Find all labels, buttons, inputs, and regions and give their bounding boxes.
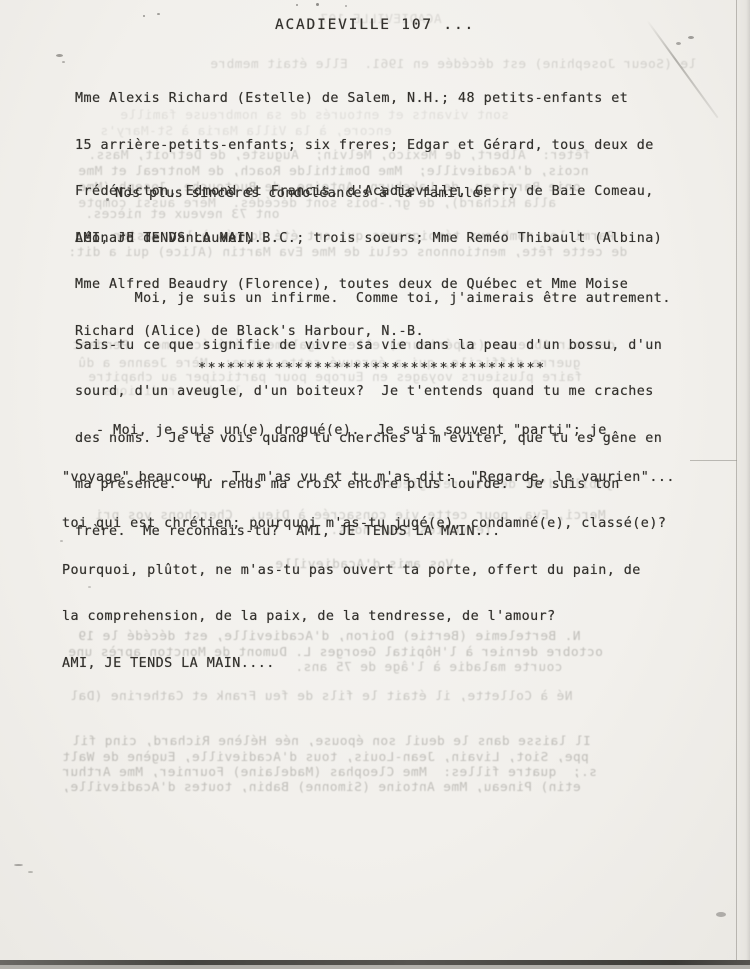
ink-speck xyxy=(56,54,63,57)
text-line: AMI, JE TENDS LA MAIN.... xyxy=(62,656,675,672)
scanner-strip-right xyxy=(737,0,750,969)
bleedthrough-text: Il laisse dans le deuil son épouse, née … xyxy=(72,734,591,749)
paragraph-drogue: - Moi, je suis un(e) drogué(e). Je suis … xyxy=(62,392,675,702)
bleedthrough-text: ppe, Siot, Livain, Jean-Louis, tous d'Ac… xyxy=(62,750,589,765)
text-line: toi qui est chrétien; pourquoi m'as-tu j… xyxy=(62,516,675,532)
condolence-line: Nos plus sincères condoléances à la fami… xyxy=(115,186,490,202)
ink-speck xyxy=(28,871,33,873)
section-heading-ami: AMI, JE TENDS LA MAIN... xyxy=(75,231,279,247)
text-line: "voyage" beaucoup. Tu m'as vu et tu m'as… xyxy=(62,470,675,486)
ink-speck xyxy=(688,36,694,39)
scanned-page: ACADIEVILLE 107le (Soeur Josephine) est … xyxy=(0,0,750,969)
bleedthrough-text: s.; quatre filles: Mme Cleophas (Madelai… xyxy=(62,765,597,780)
ink-speck xyxy=(143,15,145,17)
text-line: 15 arrière-petits-enfants; six freres; E… xyxy=(75,138,662,154)
ink-speck xyxy=(106,198,109,201)
text-line: Sais-tu ce que signifie de vivre sa vie … xyxy=(75,338,671,354)
ink-speck xyxy=(316,3,319,6)
ink-speck xyxy=(60,540,63,542)
text-line: Pourquoi, plûtot, ne m'as-tu pas ouvert … xyxy=(62,563,675,579)
ink-speck xyxy=(88,586,91,588)
text-line: Mme Alexis Richard (Estelle) de Salem, N… xyxy=(75,91,662,107)
text-line: la comprehension, de la paix, de la tend… xyxy=(62,609,675,625)
ink-speck xyxy=(157,13,160,15)
text-line: - Moi, je suis un(e) drogué(e). Je suis … xyxy=(62,423,675,439)
ink-speck xyxy=(716,912,726,917)
ink-speck xyxy=(345,5,347,7)
text-line: Moi, je suis un infirme. Comme toi, j'ai… xyxy=(75,291,671,307)
bleedthrough-text: etin) Pineau, Mme Antoine (Simonne) Babi… xyxy=(62,780,581,795)
ink-speck xyxy=(676,42,681,45)
scanner-edge-bottom-under xyxy=(0,965,750,969)
ink-speck xyxy=(62,61,65,63)
ink-speck xyxy=(14,864,23,866)
page-title: ACADIEVILLE 107 ... xyxy=(75,18,675,34)
asterisk-separator: ************************************ xyxy=(198,361,546,377)
ink-speck xyxy=(296,4,298,6)
